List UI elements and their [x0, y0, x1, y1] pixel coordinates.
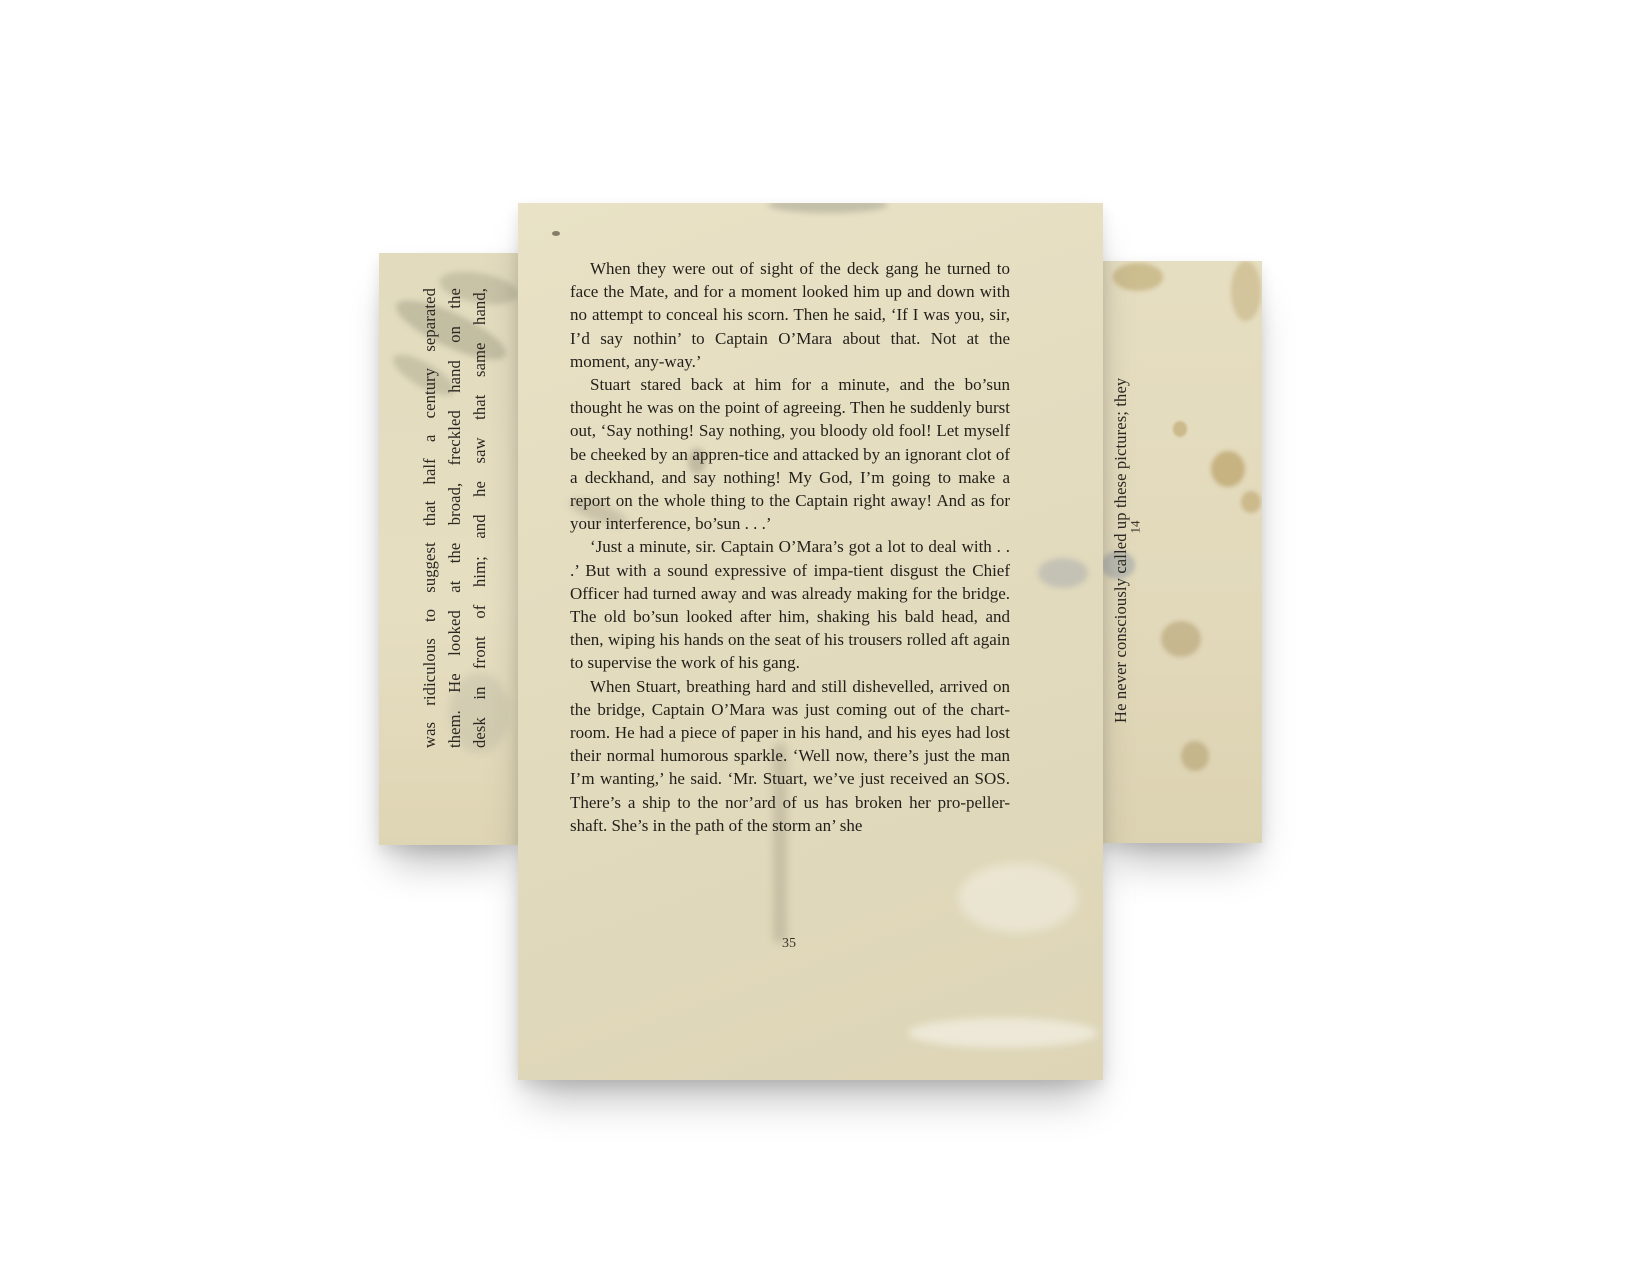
water-stain — [1231, 261, 1261, 321]
water-stain — [1211, 451, 1245, 487]
left-line-3: desk in front of him; and he saw that sa… — [467, 288, 492, 748]
water-stain — [1161, 621, 1201, 657]
left-line-2: them. He looked at the broad, freckled h… — [442, 288, 467, 748]
water-stain — [1113, 263, 1163, 291]
water-stain — [1241, 491, 1261, 513]
center-page: When they were out of sight of the deck … — [518, 203, 1103, 1080]
water-stain — [1181, 741, 1209, 771]
left-page-text: was ridiculous to suggest that half a ce… — [417, 288, 492, 748]
water-stain — [1173, 421, 1187, 437]
paragraph: ‘Just a minute, sir. Captain O’Mara’s go… — [570, 535, 1010, 674]
water-stain — [768, 203, 888, 213]
body-text: When they were out of sight of the deck … — [570, 257, 1010, 837]
left-line-1: was ridiculous to suggest that half a ce… — [417, 288, 442, 748]
right-page-text: He never consciously called up these pic… — [1111, 378, 1131, 723]
ink-spot — [552, 231, 560, 236]
right-page-number: 14 — [1128, 521, 1144, 534]
scuff-mark — [908, 1018, 1098, 1048]
page-number: 35 — [782, 936, 796, 952]
left-page-fragment: was ridiculous to suggest that half a ce… — [379, 253, 519, 845]
right-page-fragment: He never consciously called up these pic… — [1101, 261, 1262, 843]
paragraph: Stuart stared back at him for a minute, … — [570, 373, 1010, 535]
paragraph: When they were out of sight of the deck … — [570, 257, 1010, 373]
paragraph: When Stuart, breathing hard and still di… — [570, 675, 1010, 837]
water-stain — [1038, 558, 1088, 588]
scuff-mark — [958, 863, 1078, 933]
